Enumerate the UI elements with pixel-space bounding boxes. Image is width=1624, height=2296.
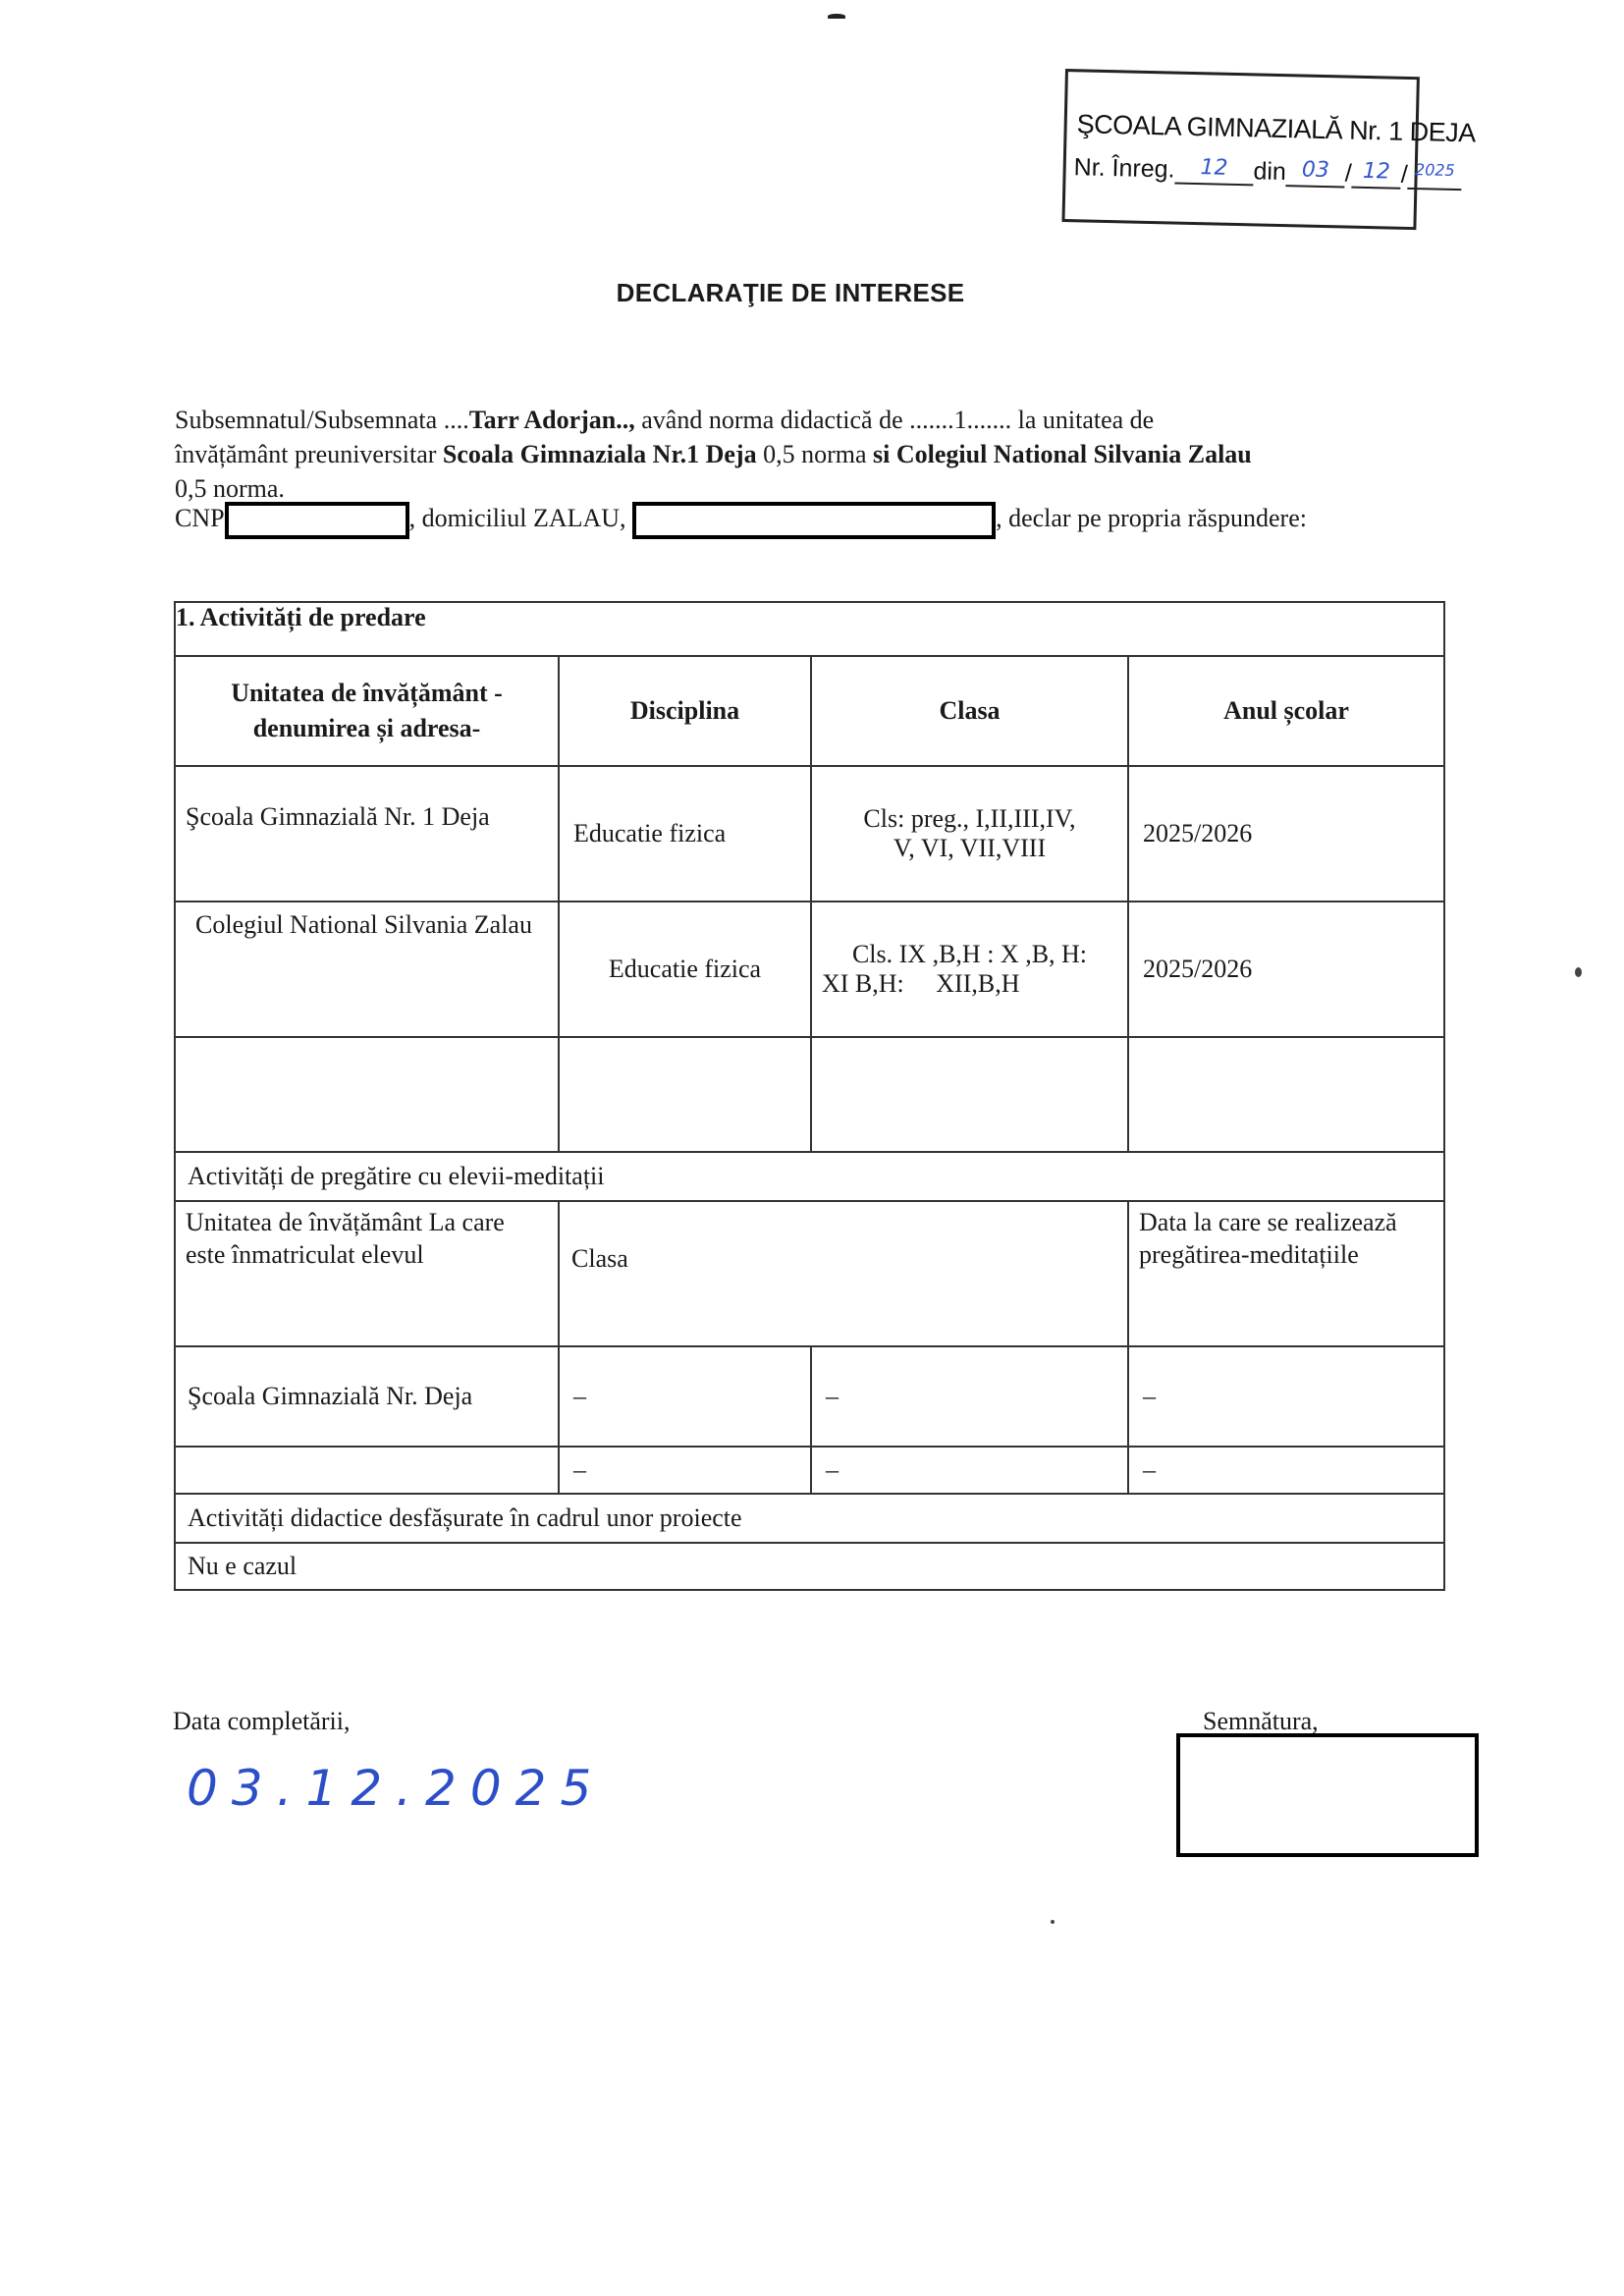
tutoring-title-text: Activități de pregătire cu elevii-medita… [176, 1162, 1443, 1191]
school-1-name: Scoala Gimnaziala Nr.1 Deja [443, 440, 757, 468]
cnp-label: CNP [175, 504, 225, 532]
address-redaction [632, 502, 996, 539]
tutoring-header-unit: Unitatea de învățământ La care este înma… [176, 1202, 558, 1271]
stamp-reg-number: 12 [1174, 155, 1254, 187]
interests-table: 1. Activități de predare Unitatea de înv… [174, 601, 1445, 1591]
intro-text: 0,5 norma [757, 440, 873, 468]
page-title: DECLARAŢIE DE INTERESE [0, 278, 1581, 308]
row-class: Cls. IX ,B,H : X ,B, H:XI B,H: XII,B,H [811, 902, 1128, 1037]
intro-line-1: Subsemnatul/Subsemnata ....Tarr Adorjan.… [175, 403, 1154, 437]
header-school-year: Anul școlar [1128, 656, 1444, 766]
tutoring-row: – – – [175, 1447, 1444, 1494]
row-class-line: Cls: preg., I,II,III,IV, [812, 804, 1127, 834]
tutoring-class: – [560, 1455, 810, 1485]
row-unit: Şcoala Gimnazială Nr. 1 Deja [176, 767, 558, 832]
row-class: Cls: preg., I,II,III,IV,V, VI, VII,VIII [811, 766, 1128, 902]
empty-cell [811, 1037, 1128, 1152]
cnp-redaction [225, 502, 409, 539]
tutoring-header-class: Clasa [560, 1244, 1127, 1303]
declare-text: , declar pe propria răspundere: [996, 504, 1307, 532]
intro-text: având norma didactică de .......1.......… [635, 406, 1154, 434]
scan-artifact [1051, 1920, 1055, 1924]
stamp-school-name: ŞCOALA GIMNAZIALĂ Nr. 1 DEJA [1076, 109, 1476, 148]
row-class-line: XI B,H: XII,B,H [812, 969, 1127, 999]
projects-value: Nu e cazul [175, 1543, 1444, 1590]
stamp-date-day: 03 [1286, 157, 1346, 188]
stamp-reg-label: Nr. Înreg. [1073, 153, 1174, 183]
table-header-row: Unitatea de învățământ -denumirea și adr… [175, 656, 1444, 766]
signature-redaction [1176, 1733, 1479, 1857]
intro-line-4: CNP, domiciliul ZALAU, , declar pe propr… [175, 501, 1307, 539]
tutoring-date: – [1129, 1455, 1443, 1485]
projects-title-text: Activități didactice desfășurate în cadr… [176, 1503, 1443, 1533]
table-row: Colegiul National Silvania Zalau Educati… [175, 902, 1444, 1037]
empty-cell [559, 1037, 811, 1152]
row-class-line: V, VI, VII,VIII [812, 834, 1127, 863]
empty-cell [175, 1037, 559, 1152]
section-teaching-title: 1. Activități de predare [175, 602, 1444, 656]
completion-date-label: Data completării, [173, 1707, 350, 1736]
empty-cell [1128, 1037, 1444, 1152]
scan-artifact [828, 14, 845, 19]
header-discipline: Disciplina [559, 656, 811, 766]
header-class: Clasa [811, 656, 1128, 766]
tutoring-class: – [560, 1382, 810, 1411]
stamp-date-year: 2025 [1407, 160, 1462, 191]
tutoring-subclass: – [812, 1382, 1127, 1411]
stamp-date-label: din [1253, 157, 1286, 186]
section-tutoring-title: Activități de pregătire cu elevii-medita… [175, 1152, 1444, 1201]
signature-label: Semnătura, [1203, 1707, 1319, 1736]
intro-text: Subsemnatul/Subsemnata .... [175, 406, 469, 434]
tutoring-date: – [1129, 1382, 1443, 1411]
projects-value-text: Nu e cazul [176, 1552, 1443, 1581]
declarant-name: Tarr Adorjan.., [469, 406, 635, 434]
section-projects-title: Activități didactice desfășurate în cadr… [175, 1494, 1444, 1543]
header-unit: Unitatea de învățământ -denumirea și adr… [175, 656, 559, 766]
row-discipline: Educatie fizica [560, 955, 810, 984]
stamp-registration-line: Nr. Înreg.12din03/12/2025 [1073, 152, 1462, 191]
scan-artifact [1575, 967, 1582, 977]
domicile-label: , domiciliul ZALAU, [409, 504, 626, 532]
row-class-line: Cls. IX ,B,H : X ,B, H: [812, 940, 1127, 969]
table-row: Şcoala Gimnazială Nr. 1 Deja Educatie fi… [175, 766, 1444, 902]
tutoring-header-date: Data la care se realizează pregătirea-me… [1129, 1202, 1443, 1271]
tutoring-subclass: – [812, 1455, 1127, 1485]
stamp-date-month: 12 [1351, 159, 1401, 190]
tutoring-row: Şcoala Gimnazială Nr. Deja – – – [175, 1346, 1444, 1447]
row-year: 2025/2026 [1129, 819, 1443, 848]
row-year: 2025/2026 [1129, 955, 1443, 984]
completion-date-handwritten: 03.12.2025 [187, 1760, 605, 1817]
registration-stamp: ŞCOALA GIMNAZIALĂ Nr. 1 DEJA Nr. Înreg.1… [1061, 69, 1419, 230]
row-unit: Colegiul National Silvania Zalau [176, 902, 558, 942]
intro-text: învățământ preuniversitar [175, 440, 443, 468]
table-row-empty [175, 1037, 1444, 1152]
school-2-name: si Colegiul National Silvania Zalau [873, 440, 1252, 468]
tutoring-unit: Şcoala Gimnazială Nr. Deja [176, 1382, 558, 1411]
intro-line-2: învățământ preuniversitar Scoala Gimnazi… [175, 437, 1252, 471]
tutoring-header-row: Unitatea de învățământ La care este înma… [175, 1201, 1444, 1346]
row-discipline: Educatie fizica [560, 819, 810, 848]
